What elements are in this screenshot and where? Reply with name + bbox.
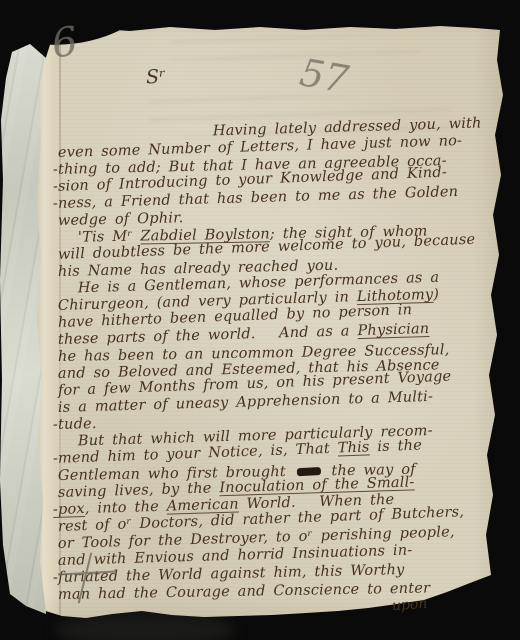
manuscript-photo: 6 Sʳ 57 Having lately addressed you, wit… [0, 0, 520, 640]
cross-stroke [58, 570, 116, 575]
catchword: upon [391, 596, 427, 614]
manuscript-text: Having lately addressed you, witheven so… [58, 128, 498, 604]
cross-stroke [78, 553, 93, 604]
text-segment: 'Tis Mʳ [78, 229, 141, 246]
text-segment: is the [369, 437, 422, 455]
ink-blot [296, 467, 320, 476]
salutation: Sʳ [145, 66, 166, 89]
margin-cross-mark [58, 550, 120, 610]
text-segment: -tude. [53, 416, 97, 433]
underlined-segment: -pox [53, 501, 85, 518]
page-number-pencil: 57 [297, 50, 352, 102]
text-segment: wedge of Ophir. [58, 210, 184, 229]
text-segment: , into the [85, 499, 167, 517]
underlined-segment: Physician [357, 321, 429, 339]
underlined-segment: This [337, 439, 369, 456]
